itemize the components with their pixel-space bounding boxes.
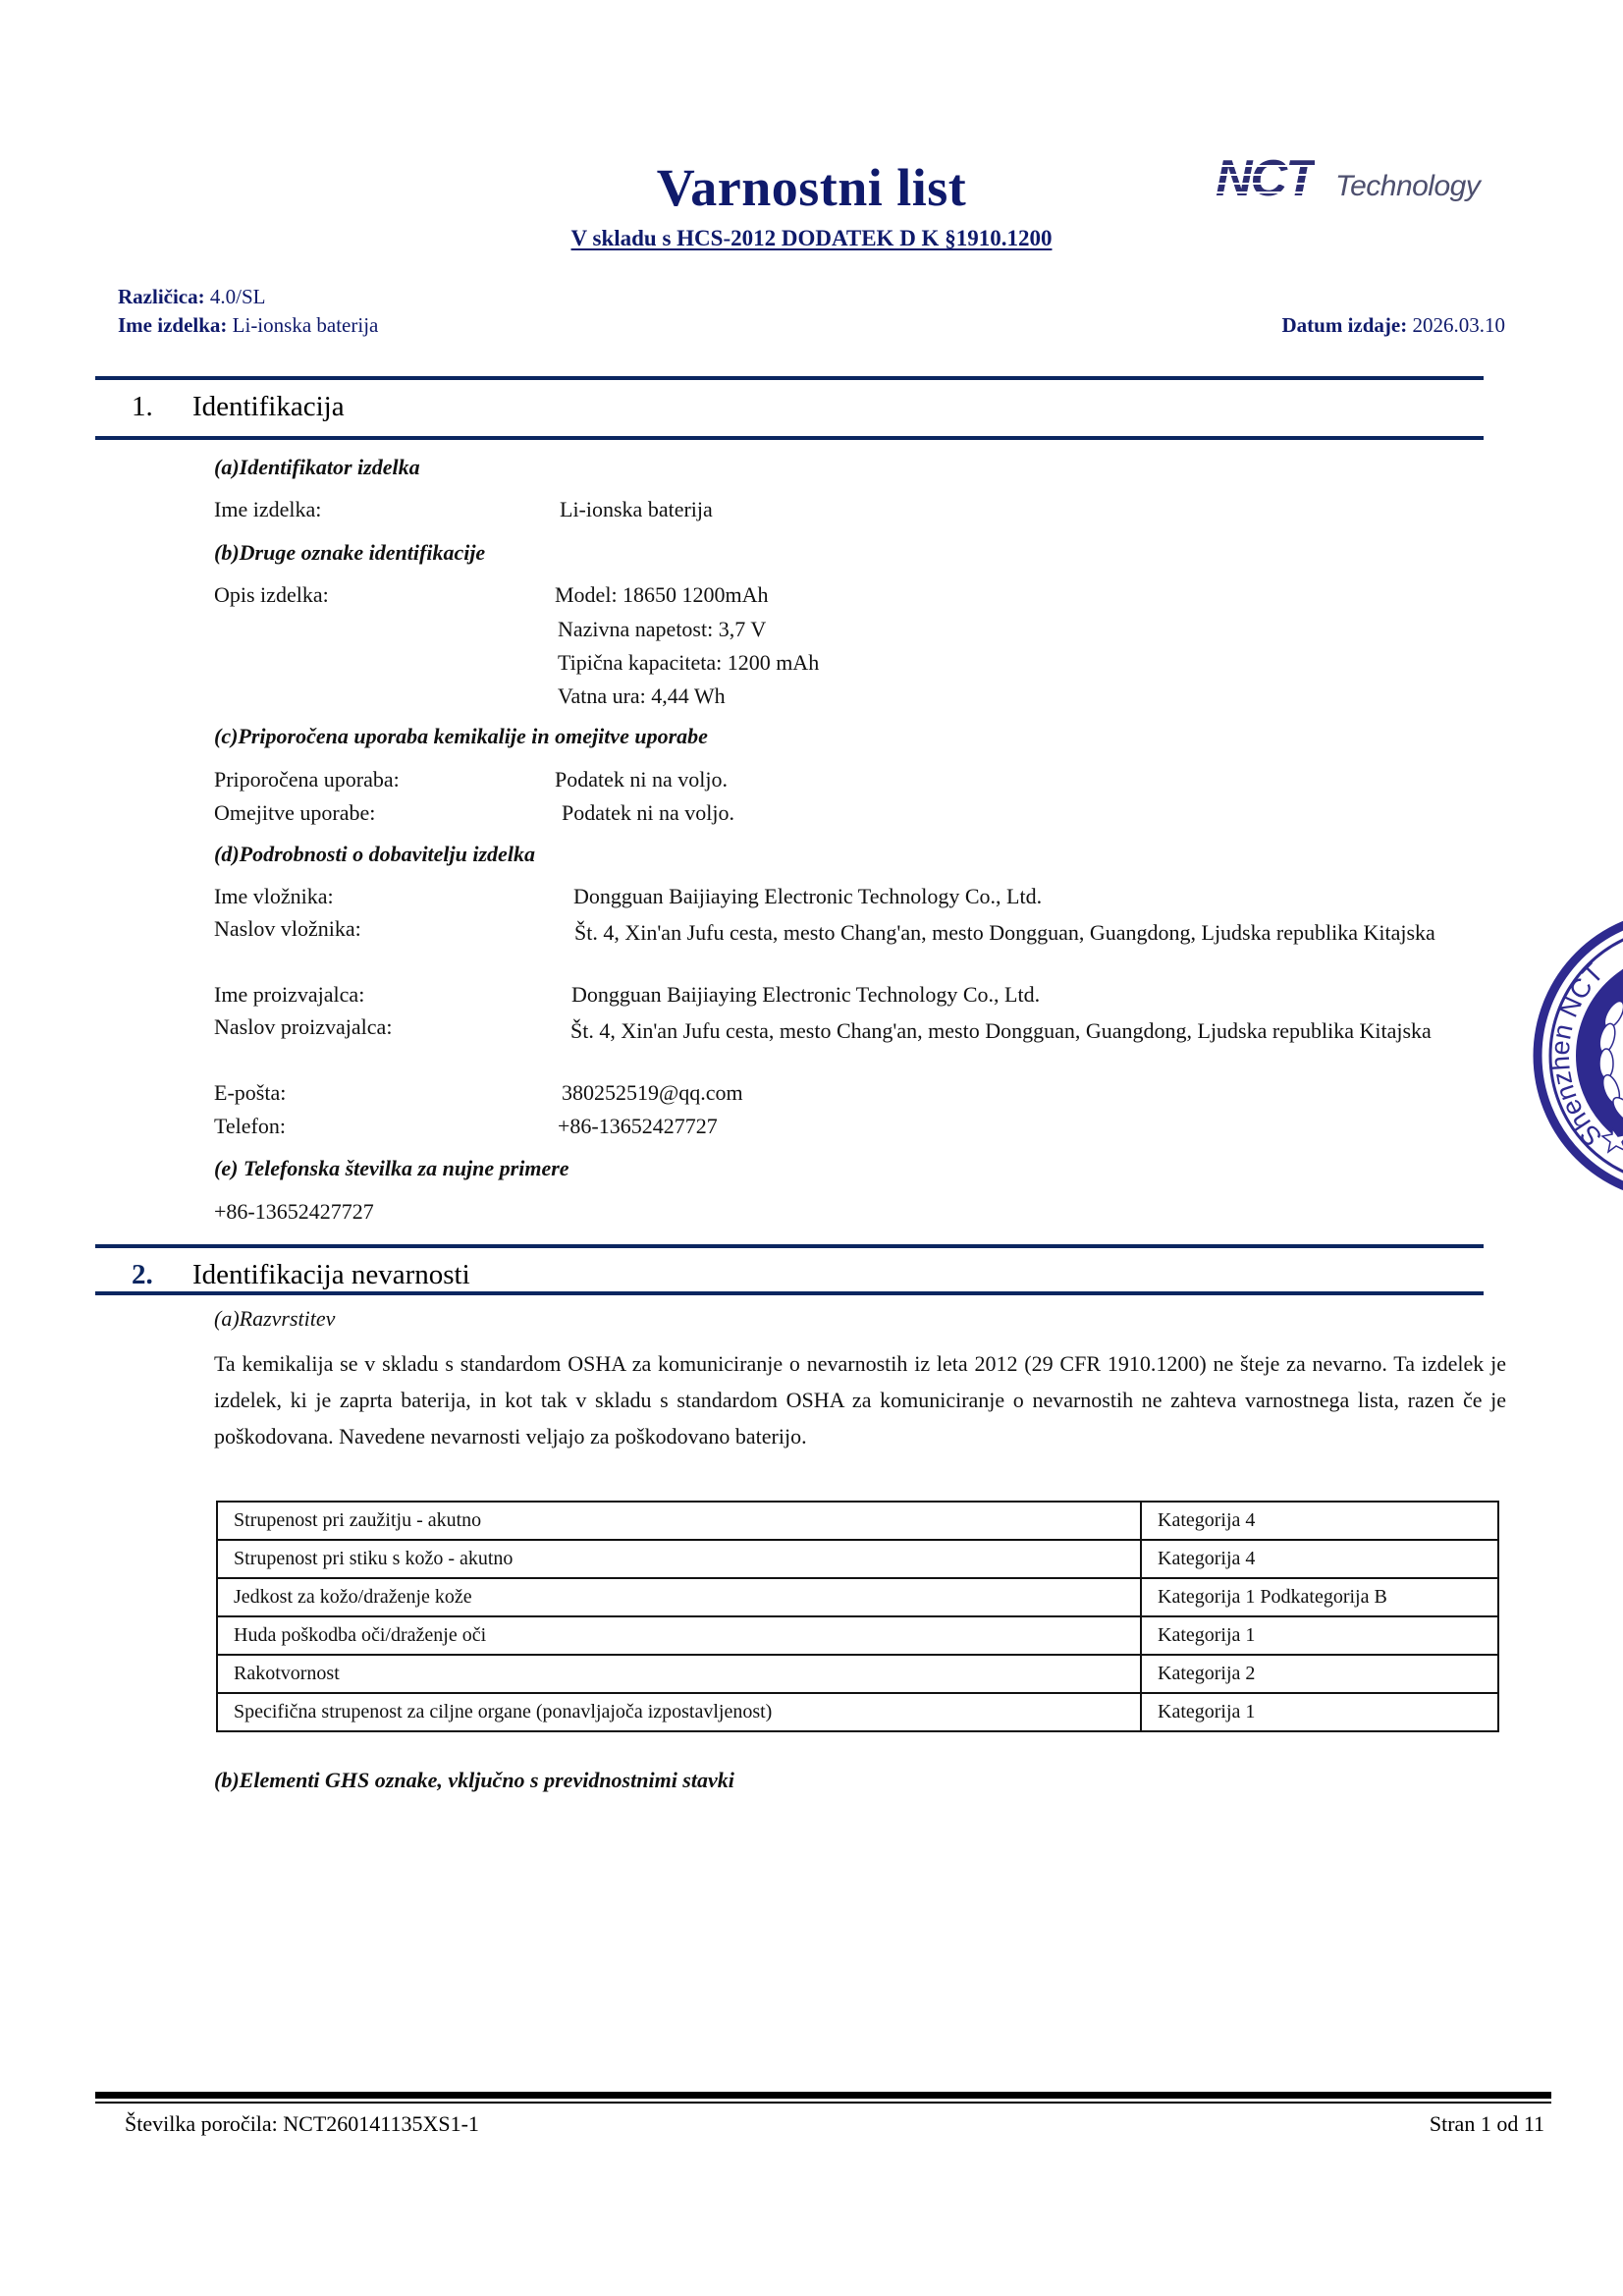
section-1-heading: 1.Identifikacija <box>132 391 345 423</box>
applicant-address-label: Naslov vložnika: <box>214 916 361 942</box>
use-restrictions-value: Podatek ni na voljo. <box>562 800 734 826</box>
section-2-bottom-rule <box>95 1291 1484 1295</box>
section-2-number: 2. <box>132 1259 192 1291</box>
use-restrictions-label: Omejitve uporabe: <box>214 800 375 826</box>
table-row: Strupenost pri stiku s kožo - akutno Kat… <box>217 1540 1498 1578</box>
subsection-1e-heading: (e) Telefonska številka za nujne primere <box>214 1156 569 1181</box>
footer-rule-thick <box>95 2092 1551 2099</box>
logo-mark: NCT <box>1216 149 1315 208</box>
category-cell: Kategorija 4 <box>1141 1540 1498 1578</box>
hazard-classification-table: Strupenost pri zaužitju - akutno Kategor… <box>216 1501 1499 1732</box>
table-row: Huda poškodba oči/draženje oči Kategorij… <box>217 1616 1498 1655</box>
date-value: 2026.03.10 <box>1413 313 1506 337</box>
category-cell: Kategorija 1 Podkategorija B <box>1141 1578 1498 1616</box>
section-1-top-rule <box>95 376 1484 380</box>
product-description-line: Vatna ura: 4,44 Wh <box>558 683 726 709</box>
subsection-1a-heading: (a)Identifikator izdelka <box>214 455 420 480</box>
subsection-1d-heading: (d)Podrobnosti o dobavitelju izdelka <box>214 842 535 867</box>
report-number: Številka poročila: NCT260141135XS1-1 <box>125 2111 479 2137</box>
email-label: E-pošta: <box>214 1080 286 1106</box>
product-label: Ime izdelka: <box>118 313 227 337</box>
category-cell: Kategorija 1 <box>1141 1693 1498 1731</box>
subsection-1b-heading: (b)Druge oznake identifikacije <box>214 540 485 566</box>
table-row: Rakotvornost Kategorija 2 <box>217 1655 1498 1693</box>
product-description-line: Model: 18650 1200mAh <box>555 582 769 608</box>
table-row: Specifična strupenost za ciljne organe (… <box>217 1693 1498 1731</box>
applicant-name-label: Ime vložnika: <box>214 884 334 909</box>
subtitle-text: V skladu s HCS-2012 DODATEK D K §1910.12… <box>571 226 1053 250</box>
hazard-cell: Rakotvornost <box>217 1655 1141 1693</box>
manufacturer-address-label: Naslov proizvajalca: <box>214 1014 392 1040</box>
hazard-cell: Jedkost za kožo/draženje kože <box>217 1578 1141 1616</box>
footer-rule-thin <box>95 2102 1551 2104</box>
table-row: Jedkost za kožo/draženje kože Kategorija… <box>217 1578 1498 1616</box>
table-row: Strupenost pri zaužitju - akutno Kategor… <box>217 1502 1498 1540</box>
recommended-use-value: Podatek ni na voljo. <box>555 767 728 793</box>
section-2-title: Identifikacija nevarnosti <box>192 1259 470 1290</box>
category-cell: Kategorija 2 <box>1141 1655 1498 1693</box>
version-line: Različica: 4.0/SL <box>118 285 265 309</box>
manufacturer-name-value: Dongguan Baijiaying Electronic Technolog… <box>571 982 1040 1008</box>
product-description-line: Tipična kapaciteta: 1200 mAh <box>558 650 819 676</box>
category-cell: Kategorija 1 <box>1141 1616 1498 1655</box>
version-value: 4.0/SL <box>210 285 266 308</box>
subsection-2a-heading: (a)Razvrstitev <box>214 1306 335 1332</box>
company-seal-stamp: Shenzhen NCT <box>1532 908 1623 1203</box>
section-1-number: 1. <box>132 391 192 423</box>
section-2-heading: 2.Identifikacija nevarnosti <box>132 1259 470 1291</box>
date-label: Datum izdaje: <box>1282 313 1408 337</box>
report-number-value: NCT260141135XS1-1 <box>283 2111 479 2136</box>
product-description-line: Nazivna napetost: 3,7 V <box>558 617 766 642</box>
product-line: Ime izdelka: Li-ionska baterija <box>118 313 378 338</box>
applicant-address-value: Št. 4, Xin'an Jufu cesta, mesto Chang'an… <box>557 916 1499 950</box>
hazard-cell: Strupenost pri stiku s kožo - akutno <box>217 1540 1141 1578</box>
recommended-use-label: Priporočena uporaba: <box>214 767 400 793</box>
report-number-label: Številka poročila: <box>125 2111 278 2136</box>
section-1-bottom-rule <box>95 436 1484 440</box>
hazard-cell: Specifična strupenost za ciljne organe (… <box>217 1693 1141 1731</box>
section-1-title: Identifikacija <box>192 391 345 422</box>
applicant-name-value: Dongguan Baijiaying Electronic Technolog… <box>573 884 1042 909</box>
emergency-phone-value: +86-13652427727 <box>214 1199 374 1225</box>
email-value: 380252519@qq.com <box>562 1080 743 1106</box>
product-description-label: Opis izdelka: <box>214 582 329 608</box>
category-cell: Kategorija 4 <box>1141 1502 1498 1540</box>
product-name-label: Ime izdelka: <box>214 497 321 522</box>
page-indicator: Stran 1 od 11 <box>1430 2111 1544 2137</box>
section-2-top-rule <box>95 1244 1484 1248</box>
issue-date-line: Datum izdaje: 2026.03.10 <box>1282 313 1505 338</box>
subsection-1c-heading: (c)Priporočena uporaba kemikalije in ome… <box>214 724 708 749</box>
manufacturer-address-value: Št. 4, Xin'an Jufu cesta, mesto Chang'an… <box>557 1014 1499 1048</box>
manufacturer-name-label: Ime proizvajalca: <box>214 982 364 1008</box>
product-value: Li-ionska baterija <box>233 313 379 337</box>
version-label: Različica: <box>118 285 205 308</box>
phone-value: +86-13652427727 <box>558 1114 718 1139</box>
document-subtitle: V skladu s HCS-2012 DODATEK D K §1910.12… <box>0 226 1623 251</box>
nct-logo: NCT Technology <box>1216 149 1520 210</box>
logo-word: Technology <box>1335 167 1480 206</box>
classification-paragraph: Ta kemikalija se v skladu s standardom O… <box>214 1345 1506 1454</box>
hazard-cell: Strupenost pri zaužitju - akutno <box>217 1502 1141 1540</box>
phone-label: Telefon: <box>214 1114 286 1139</box>
product-name-value: Li-ionska baterija <box>560 497 713 522</box>
subsection-2b-heading: (b)Elementi GHS oznake, vključno s previ… <box>214 1768 734 1793</box>
hazard-cell: Huda poškodba oči/draženje oči <box>217 1616 1141 1655</box>
